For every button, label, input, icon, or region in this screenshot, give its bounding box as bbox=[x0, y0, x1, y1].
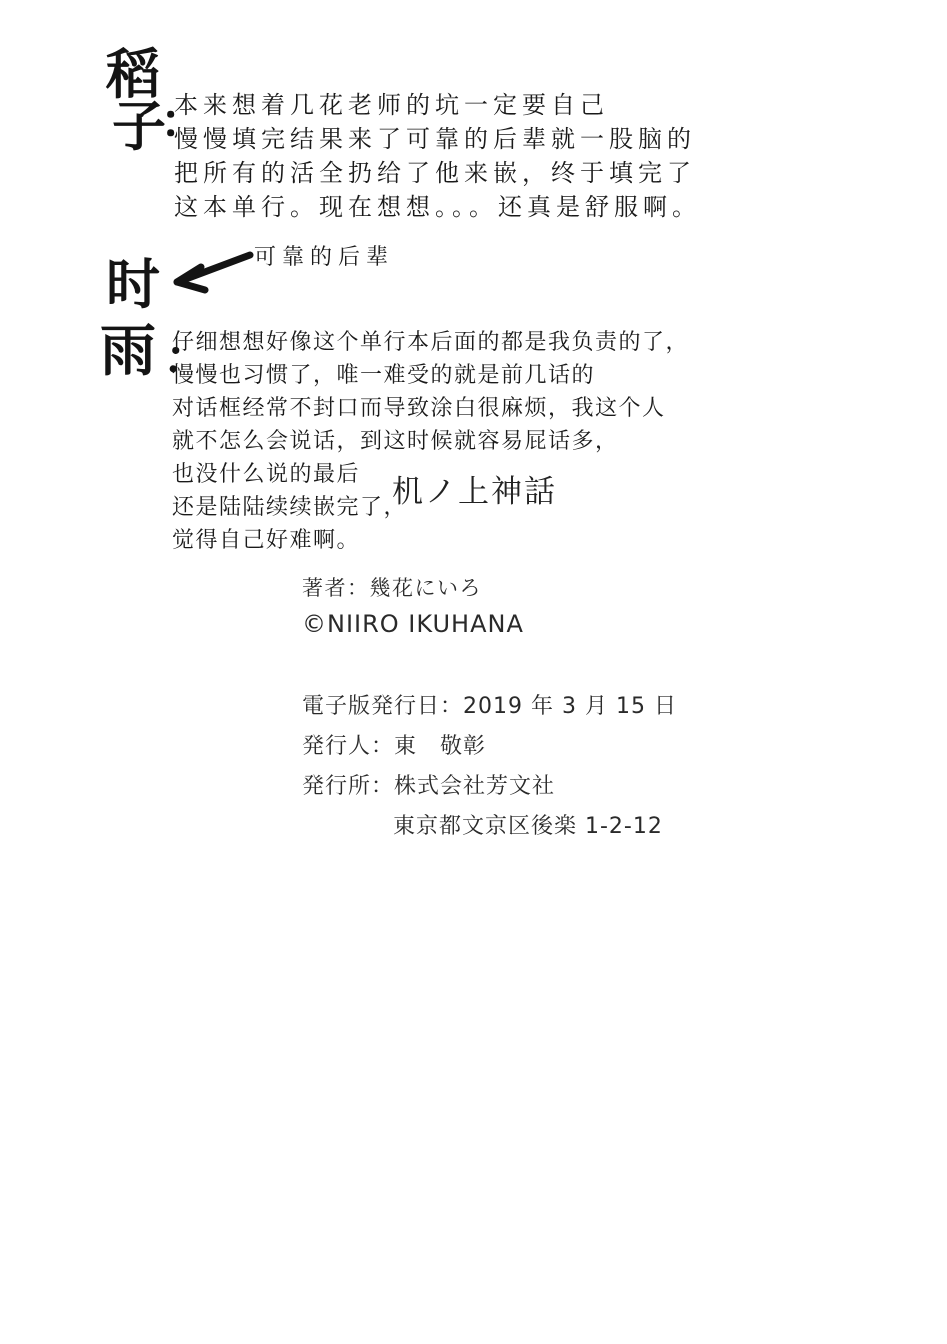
publication-release-date: 電子版発行日：2019 年 3 月 15 日 bbox=[302, 689, 677, 720]
publication-publisher-company: 発行所：株式会社芳文社 bbox=[302, 769, 555, 800]
speaker1-name-char-2: 子 bbox=[112, 100, 166, 154]
publication-address: 東京都文京区後楽 1-2-12 bbox=[393, 809, 663, 840]
inako-note-paragraph: 本来想着几花老师的坑一定要自己 慢慢填完结果来了可靠的后辈就一股脑的 把所有的活… bbox=[174, 88, 701, 224]
author-line: 著者：幾花にいろ bbox=[302, 572, 482, 602]
credits-page: 稻 子 ： 本来想着几花老师的坑一定要自己 慢慢填完结果来了可靠的后辈就一股脑的… bbox=[0, 0, 947, 1344]
note-line: 把所有的活全扔给了他来嵌，终于填完了 bbox=[174, 156, 701, 190]
copyright-line: ©NIIRO IKUHANA bbox=[302, 610, 524, 638]
left-arrow-icon bbox=[168, 244, 258, 294]
note-line: 就不怎么会说话，到这时候就容易屁话多， bbox=[172, 425, 689, 458]
note-line: 对话框经常不封口而导致涂白很麻烦，我这个人 bbox=[172, 392, 689, 425]
shigure-note-paragraph: 仔细想想好像这个单行本后面的都是我负责的了， 慢慢也习惯了，唯一难受的就是前几话… bbox=[172, 326, 689, 557]
speaker1-name-char-1: 稻 bbox=[106, 48, 160, 102]
note-line: 这本单行。现在想想。。。还真是舒服啊。 bbox=[174, 190, 701, 224]
note-line: 慢慢也习惯了，唯一难受的就是前几话的 bbox=[172, 359, 689, 392]
note-line: 慢慢填完结果来了可靠的后辈就一股脑的 bbox=[174, 122, 701, 156]
book-title: 机ノ上神話 bbox=[392, 466, 557, 511]
publication-publisher-person: 発行人：東 敬彰 bbox=[302, 729, 486, 760]
note-line: 本来想着几花老师的坑一定要自己 bbox=[174, 88, 701, 122]
speaker2-name-char-2: 雨 bbox=[100, 324, 156, 380]
speaker2-name-char-1: 时 bbox=[106, 258, 160, 312]
note-line: 觉得自己好难啊。 bbox=[172, 524, 689, 557]
note-line: 仔细想想好像这个单行本后面的都是我负责的了， bbox=[172, 326, 689, 359]
annotation-reliable-junior-label: 可靠的后辈 bbox=[254, 240, 394, 271]
